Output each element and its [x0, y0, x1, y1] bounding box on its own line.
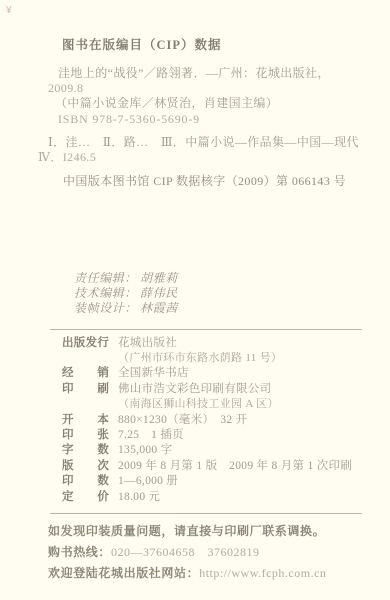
- colophon-label: 开 本: [62, 413, 110, 428]
- website-url: http://www.fcph.com.cn: [199, 566, 326, 580]
- colophon-label: 印 刷: [62, 382, 110, 397]
- hotline-label: 购书热线：: [48, 545, 111, 559]
- footer-block: 如发现印装质量问题，请直接与印刷厂联系调换。 购书热线：020—37604658…: [48, 524, 362, 581]
- copyright-page: ¥ 图书在版编目（CIP）数据 洼地上的“战役”／路翎著．—广州：花城出版社， …: [0, 0, 390, 600]
- colophon-row-publisher: 出版发行 花城出版社: [48, 336, 362, 351]
- stamp-mark: ¥: [6, 5, 12, 16]
- cip-heading: 图书在版编目（CIP）数据: [62, 38, 362, 53]
- colophon-value: 135,000 字: [118, 443, 172, 458]
- cip-record-number: 中国版本图书馆 CIP 数据核字（2009）第 066143 号: [63, 175, 362, 189]
- colophon-table: 出版发行 花城出版社 出版发行 （广州市环市东路水荫路 11 号） 经 销 全国…: [48, 330, 362, 505]
- hotline-numbers: 020—37604658 37602819: [111, 545, 260, 559]
- colophon-row-price: 定 价 18.00 元: [48, 490, 362, 505]
- website-line: 欢迎登陆花城出版社网站：http://www.fcph.com.cn: [48, 566, 362, 581]
- divider-bottom: [50, 513, 362, 514]
- credit-name: 胡雅莉: [140, 271, 178, 285]
- credit-technical-editor: 技术编辑：薛伟民: [74, 286, 362, 301]
- cip-classification-line2: Ⅳ．I246.5: [38, 151, 362, 165]
- cip-entry-line1: 洼地上的“战役”／路翎著．—广州：花城出版社，: [58, 67, 362, 81]
- colophon-value: 2009 年 8 月第 1 版 2009 年 8 月第 1 次印刷: [118, 459, 352, 474]
- colophon-sub-value: （南海区狮山科技工业园 A 区）: [118, 397, 279, 412]
- colophon-label: 定 价: [62, 490, 110, 505]
- cip-classification-line1: Ⅰ．洼… Ⅱ．路… Ⅲ．中篇小说—作品集—中国—现代: [48, 136, 362, 150]
- colophon-row-edition: 版 次 2009 年 8 月第 1 版 2009 年 8 月第 1 次印刷: [48, 459, 362, 474]
- colophon-row-publisher-address: 出版发行 （广州市环市东路水荫路 11 号）: [48, 351, 362, 366]
- colophon-value: 880×1230（毫米） 32 开: [118, 413, 247, 428]
- credit-cover-designer: 装帧设计：林霞茜: [74, 301, 362, 316]
- colophon-row-format: 开 本 880×1230（毫米） 32 开: [48, 413, 362, 428]
- colophon-row-wordcount: 字 数 135,000 字: [48, 443, 362, 458]
- colophon-value: 18.00 元: [118, 490, 160, 505]
- cip-block: 图书在版编目（CIP）数据 洼地上的“战役”／路翎著．—广州：花城出版社， 20…: [48, 38, 362, 189]
- colophon-row-printer-address: 印 刷 （南海区狮山科技工业园 A 区）: [48, 397, 362, 412]
- colophon-value: 1—6,000 册: [118, 474, 178, 489]
- colophon-label: 印 数: [62, 474, 110, 489]
- colophon-value: 佛山市浩文彩色印刷有限公司: [118, 382, 271, 397]
- colophon-row-printrun: 印 数 1—6,000 册: [48, 474, 362, 489]
- credit-name: 林霞茜: [140, 301, 178, 315]
- colophon-label: 印 张: [62, 428, 110, 443]
- colophon-row-distributor: 经 销 全国新华书店: [48, 366, 362, 381]
- colophon-label: 出版发行: [62, 336, 110, 351]
- quality-notice: 如发现印装质量问题，请直接与印刷厂联系调换。: [48, 524, 362, 539]
- colophon-row-sheets: 印 张 7.25 1 插页: [48, 428, 362, 443]
- credit-responsible-editor: 责任编辑：胡雅莉: [74, 271, 362, 286]
- colophon-value: 花城出版社: [118, 336, 177, 351]
- cip-series-note: （中篇小说金库／林贤治，肖建国主编）: [55, 97, 362, 111]
- colophon-row-printer: 印 刷 佛山市浩文彩色印刷有限公司: [48, 382, 362, 397]
- colophon-sub-value: （广州市环市东路水荫路 11 号）: [118, 351, 282, 366]
- hotline-line: 购书热线：020—37604658 37602819: [48, 545, 362, 560]
- colophon-value: 7.25 1 插页: [118, 428, 184, 443]
- cip-entry-line2: 2009.8: [48, 82, 362, 96]
- website-label: 欢迎登陆花城出版社网站：: [48, 566, 199, 580]
- credits-block: 责任编辑：胡雅莉 技术编辑：薛伟民 装帧设计：林霞茜: [74, 271, 362, 316]
- credit-label: 责任编辑：: [74, 271, 137, 285]
- credit-label: 技术编辑：: [74, 286, 137, 300]
- colophon-label: 版 次: [62, 459, 110, 474]
- colophon-label: 字 数: [62, 443, 110, 458]
- colophon-value: 全国新华书店: [118, 366, 189, 381]
- colophon-label: 经 销: [62, 366, 110, 381]
- credit-label: 装帧设计：: [74, 301, 137, 315]
- credit-name: 薛伟民: [140, 286, 178, 300]
- isbn-number: ISBN 978-7-5360-5690-9: [58, 113, 362, 127]
